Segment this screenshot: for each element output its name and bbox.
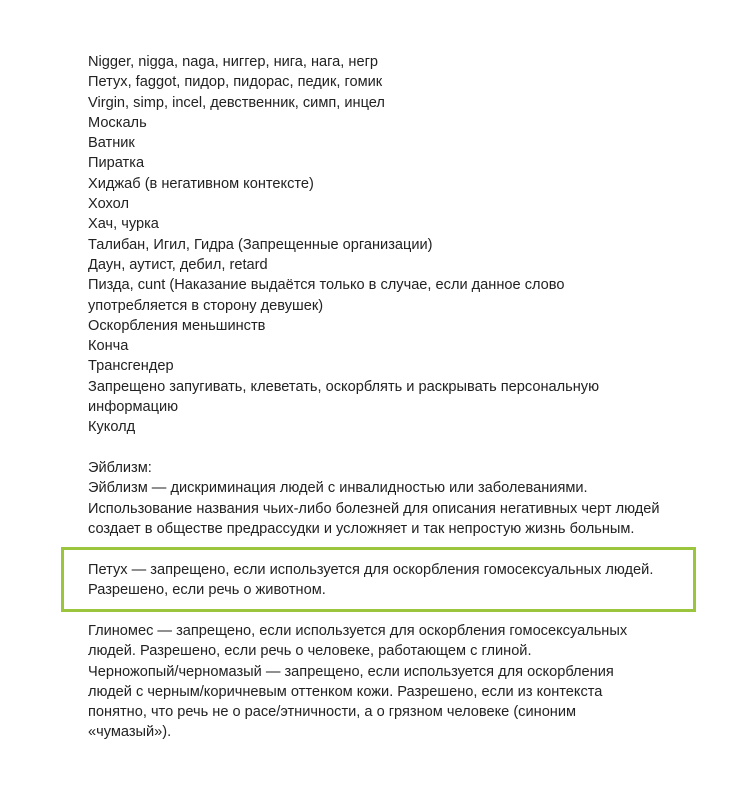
banned-term-line: употребляется в сторону девушек) bbox=[88, 296, 698, 316]
other-rule-line: людей. Разрешено, если речь о человеке, … bbox=[88, 641, 698, 661]
banned-term-line: информацию bbox=[88, 397, 698, 417]
other-rules-section: Глиномес — запрещено, если используется … bbox=[88, 621, 698, 743]
other-rule-line: Черножопый/черномазый — запрещено, если … bbox=[88, 662, 698, 682]
banned-term-line: Хохол bbox=[88, 194, 698, 214]
banned-term-line: Хиджаб (в негативном контексте) bbox=[88, 174, 698, 194]
other-rule-line: понятно, что речь не о расе/этничности, … bbox=[88, 702, 698, 722]
other-rule-line: «чумазый»). bbox=[88, 722, 698, 742]
ableism-line: создает в обществе предрассудки и усложн… bbox=[88, 519, 698, 539]
document-body: Nigger, nigga, naga, ниггер, нига, нага,… bbox=[88, 52, 698, 539]
banned-term-line: Пиратка bbox=[88, 153, 698, 173]
banned-term-line: Москаль bbox=[88, 113, 698, 133]
banned-term-line: Nigger, nigga, naga, ниггер, нига, нага,… bbox=[88, 52, 698, 72]
ableism-line: Использование названия чьих-либо болезне… bbox=[88, 499, 698, 519]
banned-term-line: Ватник bbox=[88, 133, 698, 153]
other-rule-line: Глиномес — запрещено, если используется … bbox=[88, 621, 698, 641]
ableism-section: Эйблизм: Эйблизм — дискриминация людей с… bbox=[88, 458, 698, 539]
other-rule-line: людей с черным/коричневым оттенком кожи.… bbox=[88, 682, 698, 702]
banned-term-line: Оскорбления меньшинств bbox=[88, 316, 698, 336]
banned-term-line: Петух, faggot, пидор, пидорас, педик, го… bbox=[88, 72, 698, 92]
ableism-heading: Эйблизм: bbox=[88, 458, 698, 478]
banned-term-line: Куколд bbox=[88, 417, 698, 437]
banned-term-line: Virgin, simp, incel, девственник, симп, … bbox=[88, 93, 698, 113]
banned-term-line: Трансгендер bbox=[88, 356, 698, 376]
banned-term-line: Даун, аутист, дебил, retard bbox=[88, 255, 698, 275]
banned-terms-list: Nigger, nigga, naga, ниггер, нига, нага,… bbox=[88, 52, 698, 438]
banned-term-line: Хач, чурка bbox=[88, 214, 698, 234]
highlighted-rule-line: Разрешено, если речь о животном. bbox=[88, 580, 693, 600]
highlighted-rule: Петух — запрещено, если используется для… bbox=[88, 560, 693, 601]
ableism-line: Эйблизм — дискриминация людей с инвалидн… bbox=[88, 478, 698, 498]
banned-term-line: Конча bbox=[88, 336, 698, 356]
paragraph-spacer bbox=[88, 438, 698, 458]
banned-term-line: Пизда, cunt (Наказание выдаётся только в… bbox=[88, 275, 698, 295]
highlighted-rule-line: Петух — запрещено, если используется для… bbox=[88, 560, 693, 580]
banned-term-line: Талибан, Игил, Гидра (Запрещенные органи… bbox=[88, 235, 698, 255]
banned-term-line: Запрещено запугивать, клеветать, оскорбл… bbox=[88, 377, 698, 397]
